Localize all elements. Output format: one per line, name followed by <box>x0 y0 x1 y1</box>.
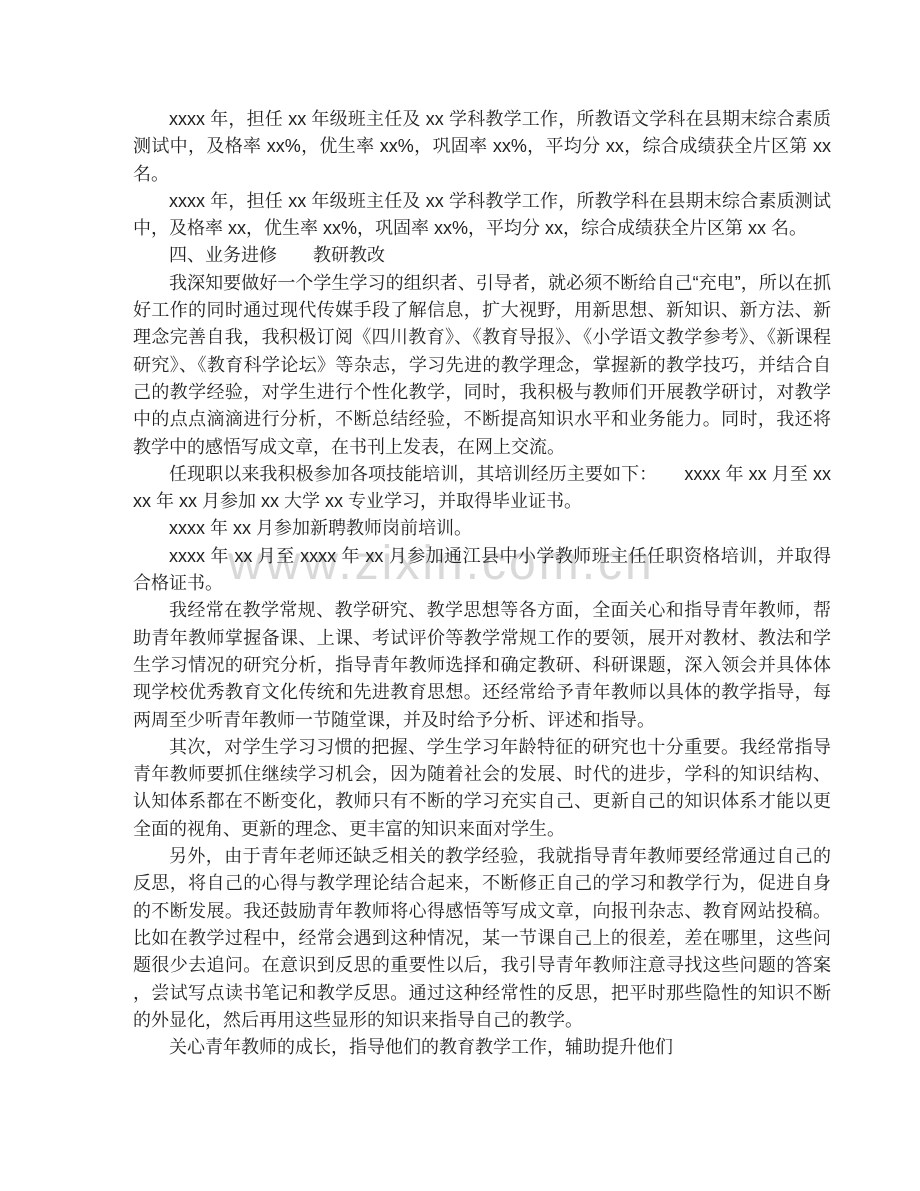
paragraph-pre-job-training: xxxx 年 xx 月参加新聘教师岗前培训。 <box>133 515 831 542</box>
paragraph-mentoring-routine: 我经常在教学常规、教学研究、教学思想等各方面，全面关心和指导青年教师，帮助青年教… <box>133 597 831 733</box>
document-page: www.zixin.com.cn xxxx 年，担任 xx 年级班主任及 xx … <box>0 0 920 1191</box>
paragraph-exam-results-1: xxxx 年，担任 xx 年级班主任及 xx 学科教学工作，所教语文学科在县期末… <box>133 106 831 188</box>
paragraph-mentoring-reflection: 另外，由于青年老师还缺乏相关的教学经验，我就指导青年教师要经常通过自己的反思，将… <box>133 843 831 1034</box>
paragraph-self-study: 我深知要做好一个学生学习的组织者、引导者，就必须不断给自己“充电”，所以在抓好工… <box>133 270 831 461</box>
paragraph-training-overview: 任现职以来我积极参加各项技能培训，其培训经历主要如下： xxxx 年 xx 月至… <box>133 461 831 516</box>
paragraph-exam-results-2: xxxx 年，担任 xx 年级班主任及 xx 学科教学工作，所教学科在县期末综合… <box>133 188 831 243</box>
paragraph-closing: 关心青年教师的成长，指导他们的教育教学工作，辅助提升他们 <box>133 1034 831 1061</box>
section-heading-4: 四、业务进修 教研教改 <box>133 242 831 269</box>
paragraph-headteacher-training: xxxx 年 xx 月至 xxxx 年 xx 月参加通江县中小学教师班主任任职资… <box>133 543 831 598</box>
paragraph-mentoring-study-habits: 其次，对学生学习习惯的把握、学生学习年龄特征的研究也十分重要。我经常指导青年教师… <box>133 734 831 843</box>
document-content: xxxx 年，担任 xx 年级班主任及 xx 学科教学工作，所教语文学科在县期末… <box>133 106 831 1061</box>
